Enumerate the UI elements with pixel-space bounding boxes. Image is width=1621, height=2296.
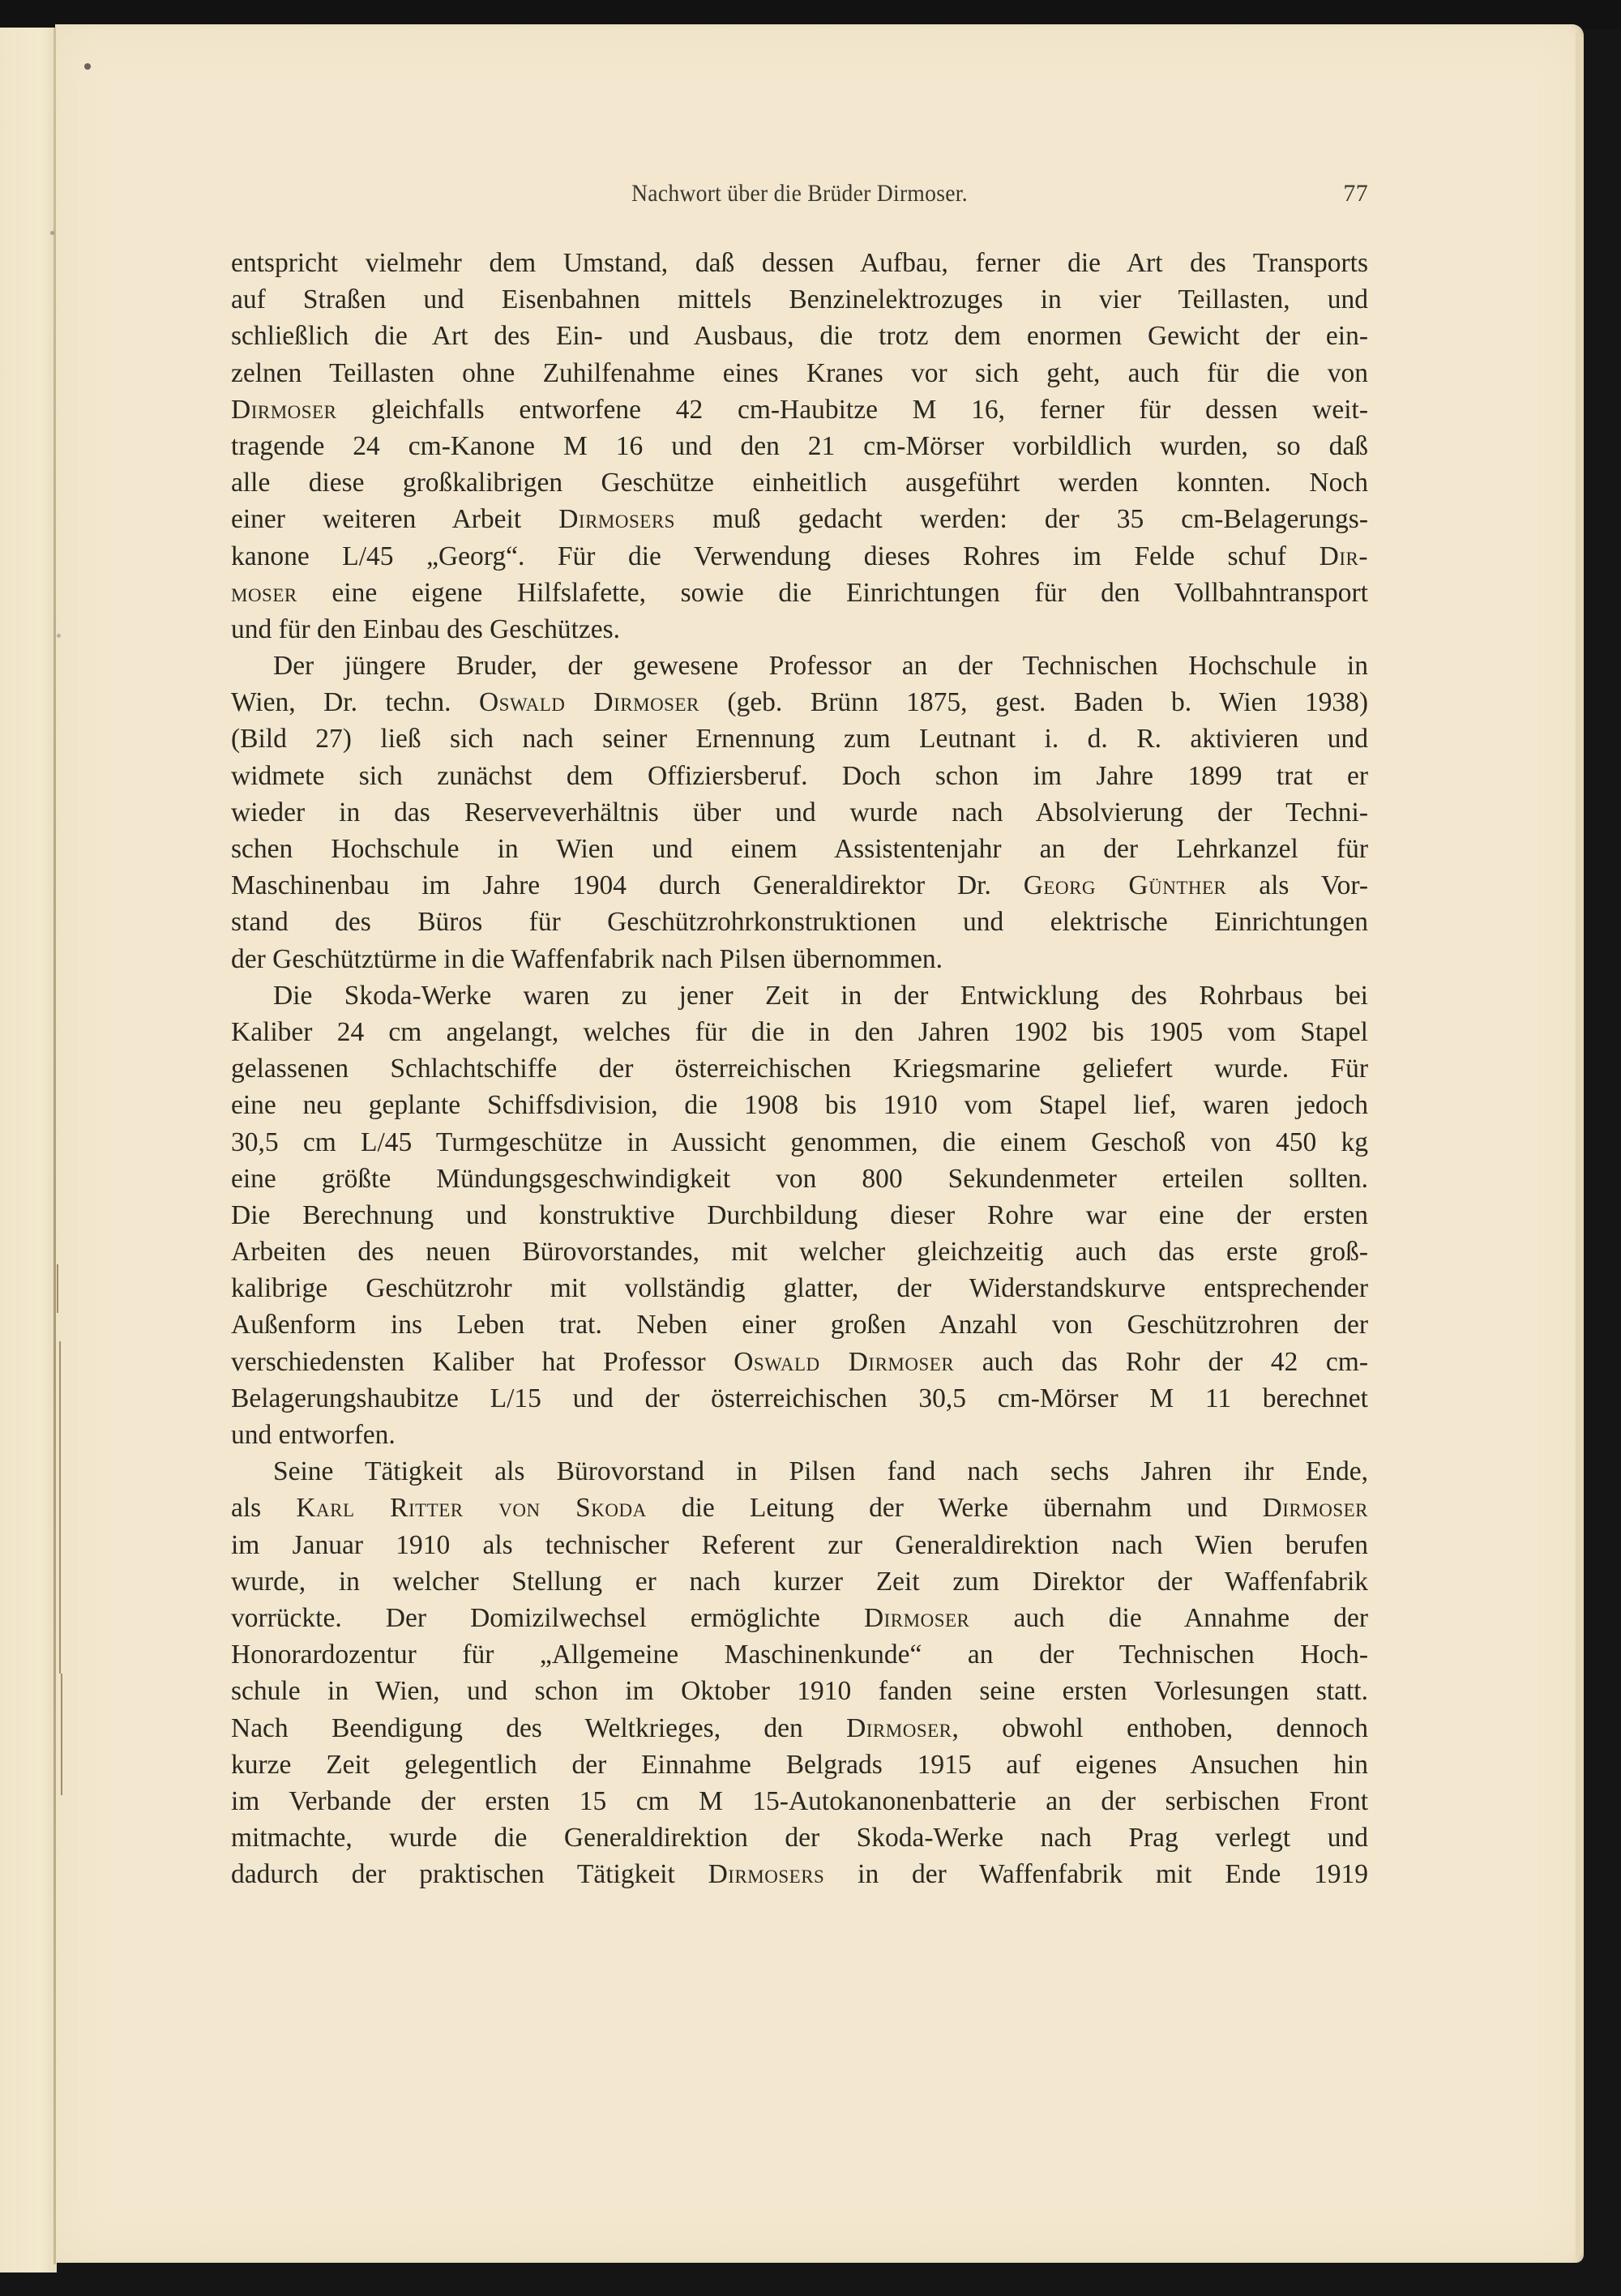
- small-caps-name: Georg Günther: [1024, 870, 1227, 900]
- margin-mark: [59, 1341, 61, 1674]
- text-run: dadurch der praktischen Tätigkeit: [231, 1859, 708, 1889]
- text-run: Die Skoda-Werke waren zu jener Zeit in d…: [273, 981, 1368, 1011]
- text-run: 30,5 cm L/45 Turmgeschütze in Aussicht g…: [231, 1127, 1368, 1157]
- text-line: schen Hochschule in Wien und einem Assis…: [231, 831, 1368, 867]
- text-run: Honorardozentur für „Allgemeine Maschine…: [231, 1640, 1368, 1670]
- text-line: Maschinenbau im Jahre 1904 durch General…: [231, 867, 1368, 904]
- text-line: eine größte Mündungsgeschwindigkeit von …: [231, 1161, 1368, 1197]
- text-line: und entworfen.: [231, 1417, 1368, 1453]
- text-line: Honorardozentur für „Allgemeine Maschine…: [231, 1636, 1368, 1673]
- text-line: kurze Zeit gelegentlich der Einnahme Bel…: [231, 1747, 1368, 1783]
- text-run: wurde, in welcher Stellung er nach kurze…: [231, 1567, 1368, 1597]
- text-line: Die Berechnung und konstruktive Durchbil…: [231, 1197, 1368, 1234]
- text-run: kurze Zeit gelegentlich der Einnahme Bel…: [231, 1750, 1368, 1780]
- text-line: Die Skoda-Werke waren zu jener Zeit in d…: [231, 977, 1368, 1014]
- margin-mark: [57, 1264, 58, 1313]
- text-line: Wien, Dr. techn. Oswald Dirmoser (geb. B…: [231, 684, 1368, 720]
- text-line: schule in Wien, und schon im Oktober 191…: [231, 1673, 1368, 1709]
- text-run: Arbeiten des neuen Bürovorstandes, mit w…: [231, 1237, 1368, 1267]
- page-number: 77: [1343, 180, 1368, 207]
- text-run: schen Hochschule in Wien und einem Assis…: [231, 834, 1368, 864]
- text-run: schule in Wien, und schon im Oktober 191…: [231, 1676, 1368, 1706]
- text-run: tragende 24 cm-Kanone M 16 und den 21 cm…: [231, 431, 1368, 461]
- text-run: Kaliber 24 cm angelangt, welches für die…: [231, 1017, 1368, 1047]
- text-run: Seine Tätigkeit als Bürovorstand in Pils…: [273, 1456, 1368, 1486]
- text-run: Wien, Dr. techn.: [231, 687, 479, 717]
- small-caps-name: Dirmosers: [558, 504, 675, 534]
- text-run: Außenform ins Leben trat. Neben einer gr…: [231, 1310, 1368, 1340]
- small-caps-name: Dirmoser: [864, 1603, 969, 1633]
- text-line: einer weiteren Arbeit Dirmosers muß geda…: [231, 501, 1368, 537]
- text-line: 30,5 cm L/45 Turmgeschütze in Aussicht g…: [231, 1124, 1368, 1161]
- text-line: Kaliber 24 cm angelangt, welches für die…: [231, 1014, 1368, 1050]
- text-line: vorrückte. Der Domizilwechsel ermöglicht…: [231, 1600, 1368, 1636]
- text-line: dadurch der praktischen Tätigkeit Dirmos…: [231, 1856, 1368, 1892]
- text-run: Die Berechnung und konstruktive Durchbil…: [231, 1200, 1368, 1230]
- running-title: Nachwort über die Brüder Dirmoser.: [276, 180, 1323, 207]
- text-run: Der jüngere Bruder, der gewesene Profess…: [273, 651, 1368, 681]
- text-line: kanone L/45 „Georg“. Für die Verwendung …: [231, 538, 1368, 575]
- text-run: , obwohl enthoben, dennoch: [952, 1713, 1368, 1743]
- text-line: verschiedensten Kaliber hat Professor Os…: [231, 1344, 1368, 1380]
- text-run: und entworfen.: [231, 1420, 396, 1450]
- text-line: wurde, in welcher Stellung er nach kurze…: [231, 1563, 1368, 1600]
- text-run: als: [231, 1493, 296, 1523]
- text-line: eine neu geplante Schiffsdivision, die 1…: [231, 1087, 1368, 1123]
- text-run: und für den Einbau des Geschützes.: [231, 614, 620, 644]
- text-line: schließlich die Art des Ein- und Ausbaus…: [231, 318, 1368, 354]
- text-run: stand des Büros für Geschützrohrkonstruk…: [231, 907, 1368, 937]
- paper-spot: [50, 231, 54, 235]
- text-line: tragende 24 cm-Kanone M 16 und den 21 cm…: [231, 428, 1368, 464]
- text-run: mitmachte, wurde die Generaldirektion de…: [231, 1823, 1368, 1853]
- small-caps-name: moser: [231, 578, 297, 608]
- text-line: als Karl Ritter von Skoda die Leitung de…: [231, 1490, 1368, 1526]
- body-text: entspricht vielmehr dem Umstand, daß des…: [231, 245, 1368, 1892]
- text-run: in der Waffenfabrik mit Ende 1919: [824, 1859, 1368, 1889]
- text-line: stand des Büros für Geschützrohrkonstruk…: [231, 904, 1368, 940]
- text-line: kalibrige Geschützrohr mit vollständig g…: [231, 1270, 1368, 1306]
- text-run: entspricht vielmehr dem Umstand, daß des…: [231, 248, 1368, 278]
- text-line: Belagerungshaubitze L/15 und der österre…: [231, 1380, 1368, 1417]
- text-run: widmete sich zunächst dem Offiziersberuf…: [231, 761, 1368, 791]
- text-run: die Leitung der Werke übernahm und: [647, 1493, 1263, 1523]
- small-caps-name: Karl Ritter von Skoda: [296, 1493, 646, 1523]
- text-line: Außenform ins Leben trat. Neben einer gr…: [231, 1306, 1368, 1343]
- text-line: im Januar 1910 als technischer Referent …: [231, 1527, 1368, 1563]
- text-line: im Verbande der ersten 15 cm M 15-Autoka…: [231, 1783, 1368, 1819]
- text-run: schließlich die Art des Ein- und Ausbaus…: [231, 321, 1368, 351]
- page-edge-right: [1576, 32, 1584, 2257]
- text-run: eine größte Mündungsgeschwindigkeit von …: [231, 1164, 1368, 1194]
- text-run: auch die Annahme der: [969, 1603, 1368, 1633]
- text-run: im Verbande der ersten 15 cm M 15-Autoka…: [231, 1786, 1368, 1816]
- text-line: alle diese großkalibrigen Geschütze einh…: [231, 464, 1368, 501]
- paper-spot: [57, 634, 61, 638]
- text-line: Der jüngere Bruder, der gewesene Profess…: [231, 648, 1368, 684]
- facing-page-edge: [0, 28, 57, 2272]
- text-line: Seine Tätigkeit als Bürovorstand in Pils…: [231, 1453, 1368, 1490]
- text-line: Nach Beendigung des Weltkrieges, den Dir…: [231, 1710, 1368, 1747]
- text-run: eine neu geplante Schiffsdivision, die 1…: [231, 1090, 1368, 1120]
- text-run: der Geschütztürme in die Waffenfabrik na…: [231, 944, 943, 974]
- small-caps-name: Oswald Dirmoser: [479, 687, 699, 717]
- text-run: gelassenen Schlachtschiffe der österreic…: [231, 1054, 1368, 1084]
- small-caps-name: Dirmoser: [846, 1713, 952, 1743]
- text-run: eine eigene Hilfslafette, sowie die Einr…: [297, 578, 1368, 608]
- text-run: Maschinenbau im Jahre 1904 durch General…: [231, 870, 1024, 900]
- text-line: moser eine eigene Hilfslafette, sowie di…: [231, 575, 1368, 611]
- small-caps-name: Dir-: [1319, 541, 1368, 571]
- small-caps-name: Dirmoser: [231, 395, 336, 425]
- text-run: vorrückte. Der Domizilwechsel ermöglicht…: [231, 1603, 864, 1633]
- text-line: der Geschütztürme in die Waffenfabrik na…: [231, 941, 1368, 977]
- small-caps-name: Oswald Dirmoser: [734, 1347, 954, 1377]
- text-run: alle diese großkalibrigen Geschütze einh…: [231, 468, 1368, 498]
- text-run: im Januar 1910 als technischer Referent …: [231, 1530, 1368, 1560]
- text-line: entspricht vielmehr dem Umstand, daß des…: [231, 245, 1368, 281]
- text-run: muß gedacht werden: der 35 cm-Belagerung…: [675, 504, 1368, 534]
- small-caps-name: Dirmosers: [708, 1859, 825, 1889]
- text-run: kalibrige Geschützrohr mit vollständig g…: [231, 1273, 1368, 1303]
- text-run: kanone L/45 „Georg“. Für die Verwendung …: [231, 541, 1319, 571]
- small-caps-name: Dirmoser: [1263, 1493, 1368, 1523]
- paper-spot: [84, 63, 91, 70]
- text-line: und für den Einbau des Geschützes.: [231, 611, 1368, 648]
- text-run: als Vor-: [1226, 870, 1368, 900]
- text-run: zelnen Teillasten ohne Zuhilfenahme eine…: [231, 358, 1368, 388]
- text-line: (Bild 27) ließ sich nach seiner Ernennun…: [231, 720, 1368, 757]
- text-line: wieder in das Reserveverhältnis über und…: [231, 794, 1368, 831]
- text-run: (Bild 27) ließ sich nach seiner Ernennun…: [231, 724, 1368, 754]
- text-line: widmete sich zunächst dem Offiziersberuf…: [231, 758, 1368, 794]
- text-run: verschiedensten Kaliber hat Professor: [231, 1347, 734, 1377]
- text-run: gleichfalls entworfene 42 cm-Haubitze M …: [336, 395, 1368, 425]
- text-run: einer weiteren Arbeit: [231, 504, 558, 534]
- text-line: Dirmoser gleichfalls entworfene 42 cm-Ha…: [231, 391, 1368, 428]
- text-line: gelassenen Schlachtschiffe der österreic…: [231, 1050, 1368, 1087]
- text-run: auf Straßen und Eisenbahnen mittels Benz…: [231, 284, 1368, 314]
- text-line: auf Straßen und Eisenbahnen mittels Benz…: [231, 281, 1368, 318]
- text-run: wieder in das Reserveverhältnis über und…: [231, 797, 1368, 827]
- text-line: mitmachte, wurde die Generaldirektion de…: [231, 1819, 1368, 1856]
- text-line: zelnen Teillasten ohne Zuhilfenahme eine…: [231, 355, 1368, 391]
- text-run: Nach Beendigung des Weltkrieges, den: [231, 1713, 846, 1743]
- running-header: Nachwort über die Brüder Dirmoser. 77: [231, 180, 1368, 212]
- gutter-line: [53, 28, 56, 2264]
- text-run: auch das Rohr der 42 cm-: [954, 1347, 1368, 1377]
- text-run: Belagerungshaubitze L/15 und der österre…: [231, 1383, 1368, 1413]
- margin-mark: [61, 1674, 62, 1795]
- text-run: (geb. Brünn 1875, gest. Baden b. Wien 19…: [699, 687, 1368, 717]
- text-line: Arbeiten des neuen Bürovorstandes, mit w…: [231, 1234, 1368, 1270]
